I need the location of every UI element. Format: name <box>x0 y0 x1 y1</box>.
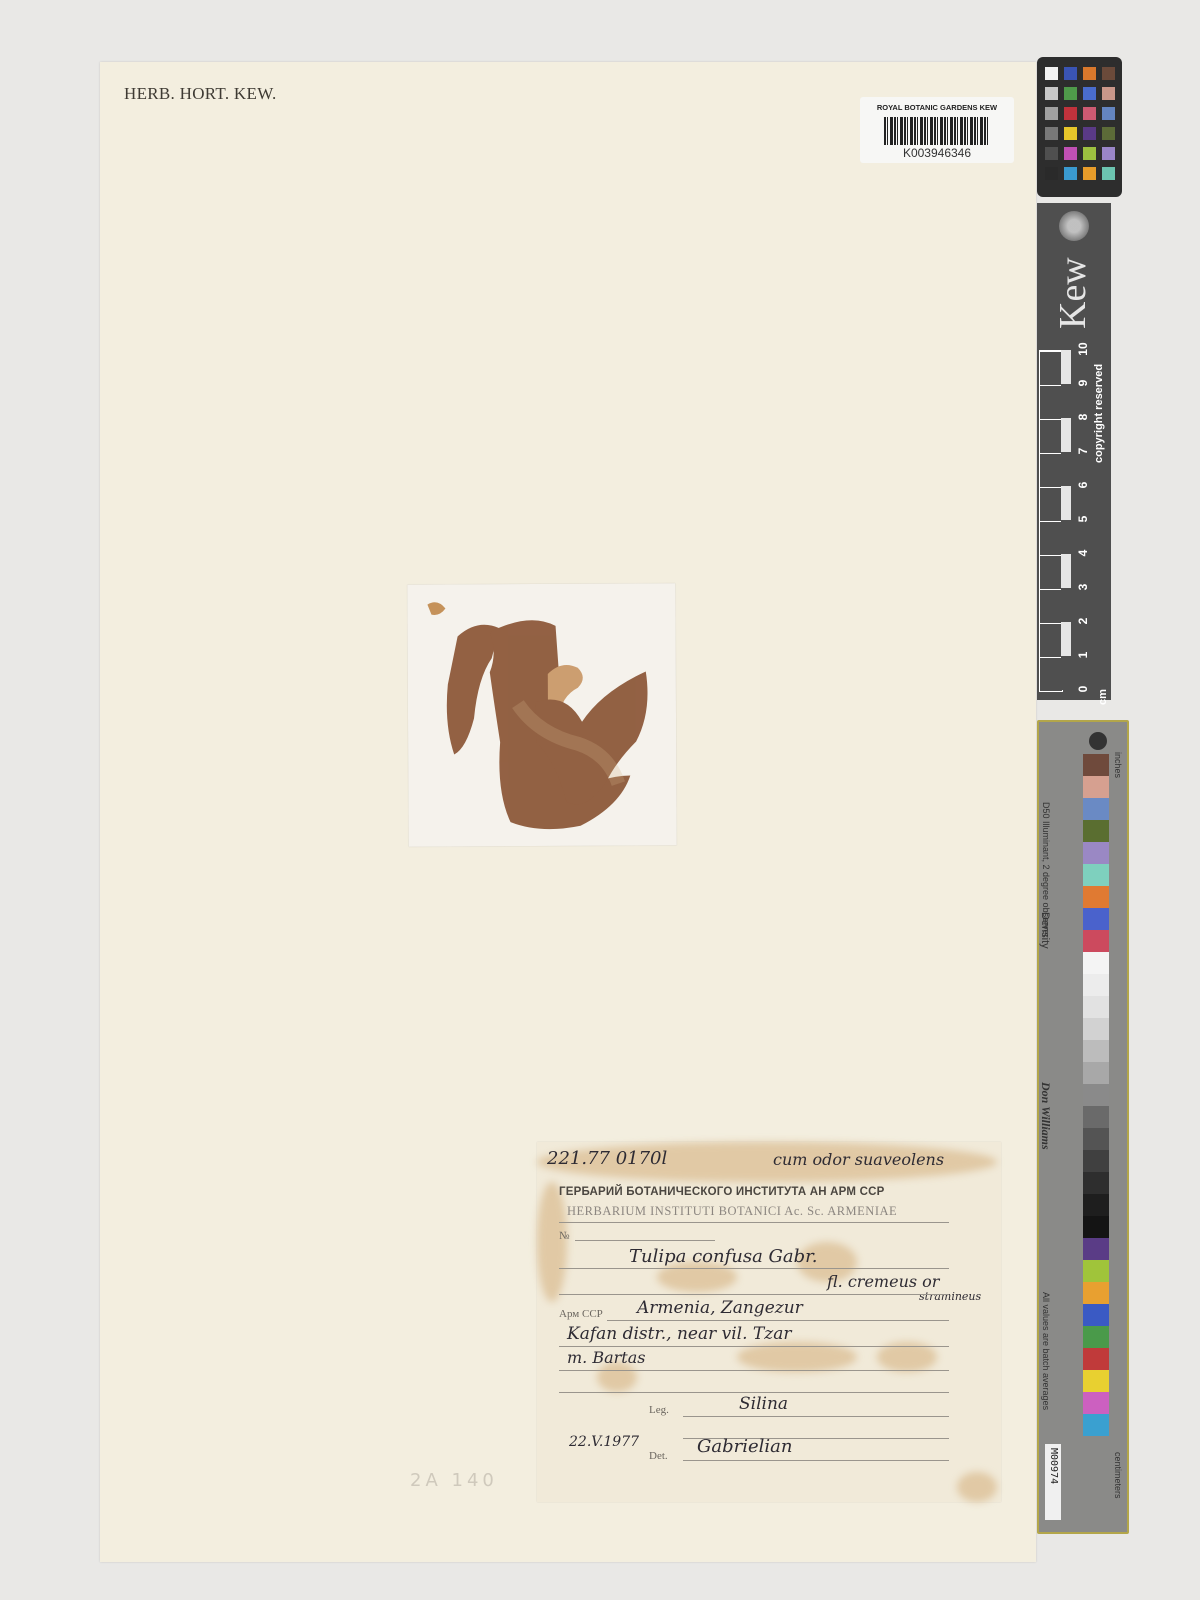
target-dot-top <box>1089 732 1107 750</box>
color-swatch <box>1102 147 1115 160</box>
target-id-tag: M00974 <box>1045 1444 1061 1520</box>
target-id: M00974 <box>1048 1448 1059 1484</box>
scale-ruler <box>1039 350 1063 692</box>
scale-tick-label: 1 <box>1076 647 1090 663</box>
collection-label: 221.77 0170l cum odor suaveolens ГЕРБАРИ… <box>537 1142 1001 1502</box>
scale-tick-label: 5 <box>1076 511 1090 527</box>
leg-label: Leg. <box>649 1404 669 1416</box>
copyright-text: copyright reserved <box>1093 364 1105 463</box>
scale-tick-label: 6 <box>1076 477 1090 493</box>
scale-tick-label: 9 <box>1076 375 1090 391</box>
target-swatch <box>1083 820 1109 842</box>
color-swatch <box>1064 87 1077 100</box>
scale-tick-label: 3 <box>1076 579 1090 595</box>
scale-tick-label: 0 <box>1076 681 1090 697</box>
scale-tick-label: 7 <box>1076 443 1090 459</box>
scale-segment <box>1040 419 1062 454</box>
target-swatch <box>1083 952 1109 974</box>
accession-number: 221.77 0170l <box>547 1148 667 1169</box>
target-swatch <box>1083 974 1109 996</box>
target-swatch <box>1083 842 1109 864</box>
scale-tick-label: 10 <box>1076 341 1090 357</box>
target-swatch <box>1083 754 1109 776</box>
collection-date: 22.V.1977 <box>569 1434 639 1450</box>
color-swatch <box>1102 87 1115 100</box>
target-swatch <box>1083 1106 1109 1128</box>
color-swatch <box>1102 67 1115 80</box>
target-swatch <box>1083 930 1109 952</box>
det-label: Det. <box>649 1450 668 1462</box>
kew-scale-bar: Kew copyright reserved 012345678910 cm <box>1037 203 1111 700</box>
color-checker-card <box>1037 57 1122 197</box>
target-swatch <box>1083 1084 1109 1106</box>
target-swatch <box>1083 1172 1109 1194</box>
scale-ruler-strip <box>1061 350 1071 690</box>
color-swatch <box>1064 107 1077 120</box>
color-swatch <box>1083 67 1096 80</box>
scale-segment <box>1040 623 1062 658</box>
maker-name: Don Williams <box>1038 1082 1053 1150</box>
target-swatch <box>1083 1238 1109 1260</box>
herbarium-sheet: HERB. HORT. KEW. ROYAL BOTANIC GARDENS K… <box>100 62 1036 1562</box>
barcode-organization: ROYAL BOTANIC GARDENS KEW <box>860 103 1014 112</box>
target-swatch <box>1083 996 1109 1018</box>
herbarium-header: HERB. HORT. KEW. <box>124 84 277 104</box>
color-target-strip: inches centimeters D50 Illuminant, 2 deg… <box>1037 720 1129 1534</box>
scale-segment <box>1040 657 1062 692</box>
color-swatch <box>1064 67 1077 80</box>
color-swatch <box>1045 127 1058 140</box>
scale-segment <box>1040 589 1062 624</box>
color-swatch <box>1045 87 1058 100</box>
scale-segment <box>1040 385 1062 420</box>
target-swatch <box>1083 886 1109 908</box>
number-label: № <box>559 1230 570 1242</box>
target-swatch <box>1083 1062 1109 1084</box>
cm-unit-label: cm <box>1097 689 1109 705</box>
institute-name-la: HERBARIUM INSTITUTI BOTANICI Ac. Sc. ARM… <box>567 1204 897 1219</box>
scale-segment <box>1040 351 1062 386</box>
kew-logo: Kew <box>1051 257 1095 329</box>
color-swatch <box>1102 167 1115 180</box>
target-swatch <box>1083 798 1109 820</box>
barcode-number: K003946346 <box>860 146 1014 160</box>
target-swatch <box>1083 1150 1109 1172</box>
target-swatch <box>1083 1348 1109 1370</box>
specimen-packet <box>407 583 676 846</box>
batch-note: All values are batch averages <box>1041 1292 1051 1410</box>
target-swatch <box>1083 1370 1109 1392</box>
target-swatch <box>1083 864 1109 886</box>
target-swatch <box>1083 1414 1109 1436</box>
color-swatch <box>1064 127 1077 140</box>
color-swatch <box>1045 67 1058 80</box>
target-swatch <box>1083 1304 1109 1326</box>
scale-tick-label: 8 <box>1076 409 1090 425</box>
target-swatch <box>1083 1282 1109 1304</box>
centimeters-label: centimeters <box>1113 1452 1123 1499</box>
color-swatch <box>1083 87 1096 100</box>
flower-color-note: fl. cremeus or <box>827 1272 939 1291</box>
color-swatch <box>1083 147 1096 160</box>
color-swatch <box>1102 127 1115 140</box>
color-swatch <box>1064 167 1077 180</box>
determiner-name: Gabrielian <box>697 1436 792 1457</box>
inches-label: inches <box>1113 752 1123 778</box>
color-swatch <box>1083 107 1096 120</box>
target-swatch <box>1083 1392 1109 1414</box>
target-swatch <box>1083 1128 1109 1150</box>
target-swatch <box>1083 1040 1109 1062</box>
barcode-label: ROYAL BOTANIC GARDENS KEW K003946346 <box>860 97 1014 163</box>
target-swatches <box>1083 754 1109 1436</box>
pencil-annotation: 2A 140 <box>410 1470 498 1491</box>
density-label: Density <box>1039 912 1051 949</box>
color-swatch <box>1083 127 1096 140</box>
scale-segment <box>1040 521 1062 556</box>
taxon-name: Tulipa confusa Gabr. <box>629 1246 818 1267</box>
scale-segment <box>1040 487 1062 522</box>
scale-segment <box>1040 555 1062 590</box>
locality-line-1: Armenia, Zangezur <box>637 1298 803 1318</box>
collector-name: Silina <box>739 1394 788 1414</box>
institute-name-ru: ГЕРБАРИЙ БОТАНИЧЕСКОГО ИНСТИТУТА АН АРМ … <box>559 1186 884 1198</box>
target-swatch <box>1083 776 1109 798</box>
region-label: Арм ССР <box>559 1308 603 1320</box>
target-swatch <box>1083 1260 1109 1282</box>
flower-color-note-2: stramineus <box>919 1290 981 1303</box>
color-swatch <box>1102 107 1115 120</box>
color-checker-grid <box>1045 67 1115 180</box>
scale-segment <box>1040 453 1062 488</box>
target-swatch <box>1083 1018 1109 1040</box>
target-swatch <box>1083 1216 1109 1238</box>
target-swatch <box>1083 1194 1109 1216</box>
scale-tick-label: 2 <box>1076 613 1090 629</box>
barcode-icon <box>884 117 990 145</box>
color-swatch <box>1045 147 1058 160</box>
color-swatch <box>1064 147 1077 160</box>
target-swatch <box>1083 1326 1109 1348</box>
locality-line-3: m. Bartas <box>567 1348 645 1367</box>
color-swatch <box>1045 107 1058 120</box>
target-swatch <box>1083 908 1109 930</box>
color-swatch <box>1083 167 1096 180</box>
tulip-specimen-icon <box>407 583 676 846</box>
locality-line-2: Kafan distr., near vil. Tzar <box>567 1324 791 1344</box>
odor-note: cum odor suaveolens <box>773 1150 944 1169</box>
kew-crest-icon <box>1059 211 1089 241</box>
scale-tick-label: 4 <box>1076 545 1090 561</box>
color-swatch <box>1045 167 1058 180</box>
